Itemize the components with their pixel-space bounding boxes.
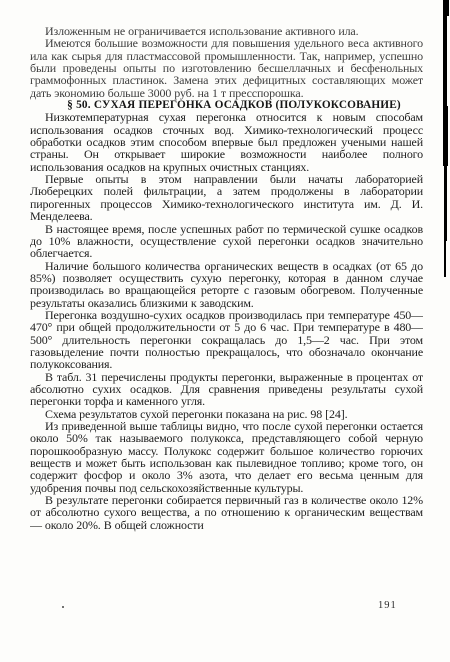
body-paragraph: Низкотемпературная сухая перегонка относ… [30, 111, 423, 173]
scanned-book-page: Изложенным не ограничивается использован… [0, 0, 450, 662]
body-paragraph: Из приведенной выше таблицы видно, что п… [30, 420, 423, 494]
body-paragraph: Первые опыты в этом направлении были нач… [30, 173, 423, 222]
scan-speck-artifact [62, 606, 64, 608]
body-paragraph: В табл. 31 перечислены продукты перегонк… [30, 371, 423, 408]
scan-edge-artifact [443, 16, 447, 106]
body-paragraph: Перегонка воздушно-сухих осадков произво… [30, 309, 423, 371]
body-paragraph: Наличие большого количества органических… [30, 260, 423, 309]
scan-edge-artifact [444, 241, 446, 277]
scan-edge-artifact [443, 0, 449, 16]
body-paragraph: В результате перегонки собирается первич… [30, 494, 423, 531]
scan-edge-artifact [444, 166, 447, 241]
scan-edge-artifact [443, 106, 448, 166]
page-number: 191 [378, 600, 397, 611]
text-block: Изложенным не ограничивается использован… [30, 25, 423, 603]
intro-paragraph-2: Имеются большие возможности для повышени… [30, 37, 423, 99]
body-paragraph: В настоящее время, после успешных работ … [30, 223, 423, 260]
